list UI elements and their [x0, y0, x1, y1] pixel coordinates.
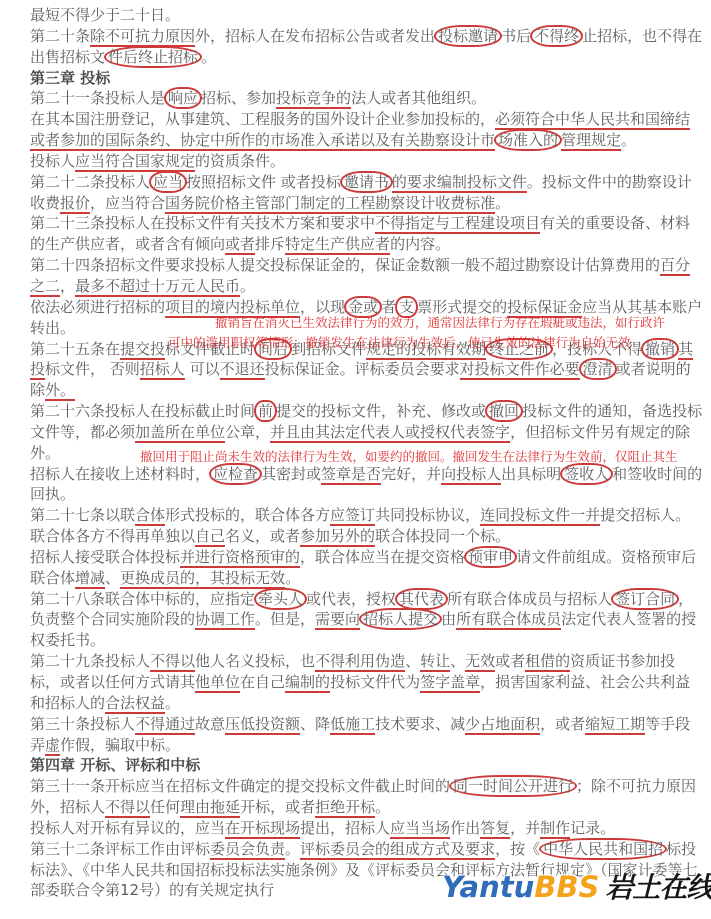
text-segment: 第三十二条评标工作由评标	[30, 840, 210, 858]
paragraph: 依法必须进行招标的项目的境内投标单位，以现金或者支票形式提交的投标保证金应当从其…	[30, 297, 705, 339]
paragraph: 第二十八条联合体中标的，应指定牵头人或代表，授权其代表所有联合体成员与招标人签订…	[30, 589, 705, 652]
text-segment: 故意	[195, 715, 225, 733]
red-underline-annotation: 合体	[135, 506, 165, 526]
red-underline-annotation: 委员会负责	[210, 840, 285, 860]
red-underline-annotation: 需要向	[315, 610, 360, 630]
red-underline-annotation: 项目的境内投标单位	[165, 298, 300, 318]
red-underline-annotation: 特定生产供应者	[285, 235, 390, 255]
text-segment: 第二十五条在	[30, 340, 120, 358]
red-underline-annotation: 外。	[45, 381, 75, 401]
red-underline-annotation: 不得以	[105, 798, 150, 818]
text-segment: 。	[375, 798, 390, 816]
text-segment: 第二十八条联合体中标的，应指定	[30, 590, 255, 608]
text-segment: 由	[441, 610, 456, 628]
paragraph: 第二十一条投标人是响应招标、参加投标竞争的法人或者其他组织。	[30, 88, 705, 109]
red-underline-annotation: 工程勘察设计收费标准	[345, 194, 495, 214]
text-segment: 。	[285, 840, 300, 858]
red-circle-annotation: 签订合同	[611, 588, 679, 610]
red-underline-annotation: 不得利用	[315, 652, 375, 672]
red-circle-annotation: 件后终止招标	[104, 46, 202, 68]
red-circle-annotation: 签收人	[560, 463, 613, 485]
text-segment: 。	[240, 277, 255, 295]
watermark: YantuBBS岩土在线	[442, 872, 711, 907]
text-segment: 第二十一条投标人是	[30, 89, 165, 107]
text-segment: 投标保证金。评标委员会要求	[265, 360, 460, 378]
paragraph: 投标人对开标有异议的，应当在开标现场提出，招标人应当当场作出答复，并制作记录。	[30, 818, 705, 839]
red-underline-annotation: 制作	[540, 819, 570, 839]
red-circle-annotation: 招标人提交	[359, 608, 442, 630]
red-underline-annotation: 投标竞争的	[276, 89, 351, 109]
text-segment: 在其本国注册登记，从事建筑、工程服务的国外设计企业参加投标的，	[30, 110, 495, 128]
text-segment: ，以现	[300, 298, 345, 316]
text-segment: 的内容。	[390, 235, 450, 253]
red-underline-annotation: 签章是否	[321, 465, 381, 485]
red-circle-annotation: 中华人民共和国招	[539, 838, 667, 860]
text-segment: 第二十六条投标人在投标截止时间	[30, 402, 255, 420]
red-circle-annotation: 应检查	[209, 463, 262, 485]
text-segment: 、	[405, 652, 420, 670]
red-underline-annotation: 理由拖延	[180, 798, 240, 818]
text-segment: 所有联合体成员与招标人	[447, 590, 612, 608]
red-circle-annotation: 支	[395, 296, 418, 318]
red-underline-annotation: 应签订	[330, 506, 375, 526]
red-underline-annotation: 压低投资额	[225, 715, 300, 735]
text-segment: ，	[60, 277, 75, 295]
text-segment: 提交的投标文件，补充、修改或	[276, 402, 486, 420]
paragraph: 第二十条除不可抗力原因外，招标人在发布招标公告或者发出投标邀请书后不得终止招标，…	[30, 26, 705, 68]
red-underline-annotation: 所有联合体成员	[456, 610, 561, 630]
text-segment: 作出	[450, 819, 480, 837]
text-segment: 名义，或者	[225, 527, 300, 545]
red-underline-annotation: 自己	[195, 527, 225, 547]
red-underline-annotation: 国务院价格主管部门	[165, 194, 300, 214]
text-segment: 。	[495, 194, 510, 212]
text-segment: 技术要求、减	[375, 715, 465, 733]
text-segment: 标文件截止时	[165, 340, 255, 358]
red-underline-annotation: 提交投	[120, 340, 165, 360]
text-segment: ，投标人不得	[552, 340, 642, 358]
text-segment: ，应当符合	[90, 194, 165, 212]
text-segment: 第四章 开标、评标和中标	[30, 756, 200, 774]
text-segment: 作假，骗取中标。	[60, 736, 180, 754]
red-underline-annotation: 他单位	[195, 673, 240, 693]
paragraph: 招标人在接收上述材料时，应检查其密封或签章是否完好，并向投标人出具标明签收人和签…	[30, 464, 705, 506]
red-underline-annotation: 伪造	[375, 652, 405, 672]
text-segment: 第三章 投标	[30, 69, 110, 87]
text-segment: 最短不得少于二十日。	[30, 6, 180, 24]
red-underline-annotation: 租借的	[525, 652, 570, 672]
text-segment: 的资质条件。	[195, 152, 285, 170]
text-segment: 。但是，	[255, 610, 315, 628]
red-underline-annotation: 招标人	[140, 360, 185, 380]
red-underline-annotation: 少占地面积	[465, 715, 540, 735]
red-underline-annotation: 更换成员的，其投标无效	[120, 569, 285, 589]
red-underline-annotation: 加盖所在单位	[135, 423, 225, 443]
text-segment: 、	[105, 569, 120, 587]
red-circle-annotation: 应当	[149, 171, 187, 193]
paragraph: 第二十六条投标人在投标截止时间前提交的投标文件，补充、修改或撤回投标文件的通知，…	[30, 401, 705, 464]
red-underline-annotation: 应当符合国家规定	[75, 152, 195, 172]
chapter-heading: 第四章 开标、评标和中标	[30, 755, 705, 776]
red-underline-annotation: 合法权益	[105, 694, 165, 714]
red-circle-annotation: 撤销	[641, 338, 679, 360]
red-underline-annotation: 参加另外的	[300, 527, 375, 547]
red-underline-annotation: 报价	[60, 194, 90, 214]
paragraph: 在其本国注册登记，从事建筑、工程服务的国外设计企业参加投标的，必须符合中华人民共…	[30, 109, 705, 151]
red-underline-annotation: 增减	[75, 569, 105, 589]
text-segment: 依法必须进行招标的	[30, 298, 165, 316]
red-circle-annotation: 牵头人	[254, 588, 307, 610]
red-circle-annotation: 撤回	[485, 400, 523, 422]
red-underline-annotation: 在开标现场	[225, 819, 300, 839]
red-underline-annotation: 或者	[225, 235, 255, 255]
red-underline-annotation: 不退还	[220, 360, 265, 380]
red-underline-annotation: 虚	[45, 736, 60, 756]
red-underline-annotation: 连同	[480, 506, 510, 526]
red-underline-annotation: 不得以	[150, 652, 195, 672]
text-segment: 第二十条	[30, 27, 90, 45]
text-segment: 提交招标人。	[600, 506, 690, 524]
text-segment: 提出，招标人	[300, 819, 390, 837]
text-segment: 投标文件代为	[330, 673, 420, 691]
chapter-heading: 第三章 投标	[30, 68, 705, 89]
text-segment: 外，招标人在发布招标公告或者发出	[195, 27, 435, 45]
red-underline-annotation: 的要求编制投标文件	[392, 173, 527, 193]
red-underline-annotation: 缩短工期	[585, 715, 645, 735]
paragraph: 第二十七条以联合体形式投标的，联合体各方应签订共同投标协议，连同投标文件一并提交…	[30, 505, 705, 526]
paragraph: 最短不得少于二十日。	[30, 5, 705, 26]
red-underline-annotation: 评标委员会的组成方式及要求	[300, 840, 495, 860]
text-segment: 者	[381, 298, 396, 316]
red-underline-annotation: 无效	[465, 652, 495, 672]
paragraph: 第二十三条投标人在投标文件有关技术方案和要求中不得指定与工程建设项目有关的重要设…	[30, 213, 705, 255]
text-segment: 投标人	[30, 152, 75, 170]
red-underline-annotation: 转让	[420, 652, 450, 672]
text-segment: 记录。	[570, 819, 615, 837]
text-segment: 。	[285, 569, 300, 587]
red-underline-annotation: 最多不超过十万元人民币	[75, 277, 240, 297]
text-segment: 票形式提交的	[417, 298, 507, 316]
text-segment: ，并	[510, 819, 540, 837]
red-circle-annotation: 场准入的	[494, 129, 562, 151]
red-underline-annotation: 签字盖章	[420, 673, 480, 693]
paragraph: 第二十四条招标文件要求投标人提交投标保证金的，保证金数额一般不超过勘察设计估算费…	[30, 255, 705, 297]
red-circle-annotation: 金或	[344, 296, 382, 318]
text-segment: 到招标文件	[291, 340, 366, 358]
red-underline-annotation: 拒绝开标	[315, 798, 375, 818]
red-underline-annotation: 并	[585, 506, 600, 526]
text-segment: 招标人接受联合体投标	[30, 548, 180, 566]
red-underline-annotation: 制定的	[300, 194, 345, 214]
text-segment: 投标人对开标有异议的，应当	[30, 819, 225, 837]
red-circle-annotation: 不得终	[530, 25, 583, 47]
red-underline-annotation: 向投标人	[441, 465, 501, 485]
document-body: 最短不得少于二十日。第二十条除不可抗力原因外，招标人在发布招标公告或者发出投标邀…	[0, 0, 711, 901]
text-segment: 第二十九条投标人	[30, 652, 150, 670]
watermark-yantu: Yantu	[442, 870, 534, 904]
text-segment: 联合体投同一个标。	[375, 527, 510, 545]
text-segment: 、	[450, 652, 465, 670]
red-circle-annotation: 前	[254, 400, 277, 422]
red-underline-annotation: 答复	[480, 819, 510, 839]
red-underline-annotation: 并进行资格预审的	[180, 548, 300, 568]
text-segment: 按照招标文件 或者投标	[186, 173, 341, 191]
paragraph: 招标人接受联合体投标并进行资格预审的，联合体应当在提交资格预审申请文件前组成。资…	[30, 547, 705, 589]
text-segment: 共同投标协议，	[375, 506, 480, 524]
text-segment: 其密封或	[261, 465, 321, 483]
text-segment: 招标、参加	[201, 89, 276, 107]
red-underline-annotation: 对投标文件作必要	[460, 360, 580, 380]
red-circle-annotation: 邀请书	[340, 171, 393, 193]
text-segment: 开标，或者	[240, 798, 315, 816]
red-underline-annotation: 投标文件一	[510, 506, 585, 526]
red-circle-annotation: 投标邀请	[434, 25, 502, 47]
paragraph: 第二十五条在提交投标文件截止时间后到招标文件规定的投标有效期终止之前，投标人不得…	[30, 339, 705, 402]
red-circle-annotation: 同一时间公开进行	[449, 775, 577, 797]
text-segment: 第二十七条以联	[30, 506, 135, 524]
text-segment: 在自己	[240, 673, 285, 691]
red-underline-annotation: 不得指定与工程建设项目	[375, 214, 540, 234]
text-segment: ，按《	[495, 840, 540, 858]
red-underline-annotation: 规定的投标有效期	[366, 340, 486, 360]
text-segment: 、降	[300, 715, 330, 733]
red-underline-annotation: 低施工	[330, 715, 375, 735]
text-segment: 。	[201, 48, 216, 66]
paragraph: 投标人应当符合国家规定的资质条件。	[30, 151, 705, 172]
document-page: 最短不得少于二十日。第二十条除不可抗力原因外，招标人在发布招标公告或者发出投标邀…	[0, 0, 711, 919]
red-underline-annotation: 不得通过	[135, 715, 195, 735]
red-underline-annotation: 并且由其法定代表人或授权代表签字	[270, 423, 510, 443]
text-segment: 。	[165, 694, 180, 712]
paragraph: 第三十一条开标应当在招标文件确定的提交投标文件截止时间的同一时间公开进行；除不可…	[30, 776, 705, 818]
text-segment: 或者	[495, 652, 525, 670]
text-segment: ，或者	[540, 715, 585, 733]
red-circle-annotation: 澄清	[579, 358, 617, 380]
paragraph: 第三十条投标人不得通过故意压低投资额、降低施工技术要求、减少占地面积，或者缩短工…	[30, 714, 705, 756]
text-segment: 第三十一条开标应当在招标文件确定的提交投标文件截止时间的	[30, 777, 450, 795]
paragraph: 第二十九条投标人不得以他人名义投标，也不得利用伪造、转让、无效或者租借的资质证书…	[30, 651, 705, 714]
text-segment: 。	[621, 131, 636, 149]
text-segment: 可以	[185, 360, 220, 378]
text-segment: 或代表，授权	[306, 590, 396, 608]
text-segment: 他人名义投标，也	[195, 652, 315, 670]
red-circle-annotation: 其代表	[395, 588, 448, 610]
red-underline-annotation: 编制的	[285, 673, 330, 693]
red-underline-annotation: 投标保证金	[507, 298, 582, 318]
text-segment: 书后	[501, 27, 531, 45]
text-segment: 排斥	[255, 235, 285, 253]
red-circle-annotation: 响应	[164, 87, 202, 109]
text-segment: 出具标明	[501, 465, 561, 483]
text-segment: 法人或者其他组织。	[351, 89, 486, 107]
red-circle-annotation: 间后	[254, 338, 292, 360]
text-segment: 公章，	[225, 423, 270, 441]
text-segment: ，联合体应当在提交资格	[300, 548, 465, 566]
paragraph: 第二十二条投标人应当按照招标文件 或者投标邀请书的要求编制投标文件。投标文件中的…	[30, 172, 705, 214]
text-segment: 标文件， 否则	[45, 360, 140, 378]
text-segment: 联合体各方不得再单独以	[30, 527, 195, 545]
text-segment: 第二十三条投标人在投标文件有关技术方案和要求中	[30, 214, 375, 232]
text-segment: 第三十条投标人	[30, 715, 135, 733]
text-segment: 招标人在接收上述材料时，	[30, 465, 210, 483]
red-underline-annotation: 管理规定	[561, 131, 621, 151]
red-circle-annotation: 终止之前	[485, 338, 553, 360]
paragraph: 联合体各方不得再单独以自己名义，或者参加另外的联合体投同一个标。	[30, 526, 705, 547]
text-segment: 第二十二条投标人	[30, 173, 150, 191]
text-segment: 完好，并	[381, 465, 441, 483]
text-segment: 第二十四条招标文件要求投标人提交投标保证金的，保证金数额一般不超过勘察设计估算费…	[30, 256, 660, 274]
red-underline-annotation: 应当当场	[390, 819, 450, 839]
watermark-bbs: BBS	[534, 870, 599, 904]
red-underline-annotation: 协调工作	[195, 610, 255, 630]
text-segment: 形式投标的，联合体各方	[165, 506, 330, 524]
text-segment: 任何	[150, 798, 180, 816]
red-underline-annotation: 除不可抗力原因	[90, 27, 195, 47]
watermark-cn-text: 岩土在线	[605, 871, 711, 904]
red-circle-annotation: 预审申	[464, 546, 517, 568]
